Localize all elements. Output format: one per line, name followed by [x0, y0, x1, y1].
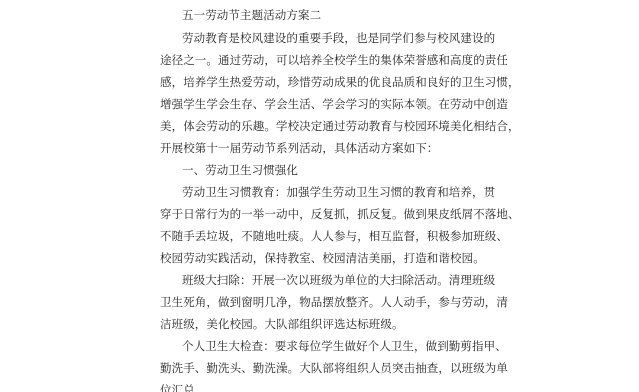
paragraph-line: 卫生死角，做到窗明几净，物品摆放整齐。人人动手，参与劳动，清	[160, 295, 508, 309]
section-heading: 一、劳动卫生习惯强化	[182, 163, 298, 177]
paragraph-line: 劳动卫生习惯教育：加强学生劳动卫生习惯的教育和培养，贯	[182, 185, 495, 199]
paragraph-line: 班级大扫除：开展一次以班级为单位的大扫除活动。清理班级	[182, 273, 495, 287]
paragraph-line: 增强学生学会生存、学会生活、学会学习的实际本领。在劳动中创造	[160, 97, 508, 111]
paragraph-line: 不随手丢垃圾，不随地吐痰。人人参与，相互监督，积极参加班级、	[160, 229, 508, 243]
paragraph-line: 感，培养学生热爱劳动，珍惜劳动成果的优良品质和良好的卫生习惯，	[160, 75, 520, 89]
paragraph-line: 校园劳动实践活动，保持教室、校园清洁美丽，打造和谐校园。	[160, 251, 485, 265]
paragraph-line: 美，体会劳动的乐趣。学校决定通过劳动教育与校园环境美化相结合，	[160, 119, 520, 133]
paragraph-line: 位汇总。	[160, 383, 206, 392]
paragraph-line: 途径之一。通过劳动，可以培养全校学生的集体荣誉感和高度的责任	[160, 53, 508, 67]
paragraph-line: 勤洗手、勤洗头、勤洗澡。大队部将组织人员突击抽查，以班级为单	[160, 361, 508, 375]
paragraph-line: 个人卫生大检查：要求每位学生做好个人卫生，做到勤剪指甲、	[182, 339, 507, 353]
paragraph-line: 穿于日常行为的一举一动中，反复抓，抓反复。做到果皮纸屑不落地、	[160, 207, 520, 221]
paragraph-line: 洁班级，美化校园。大队部组织评选达标班级。	[160, 317, 404, 331]
paragraph-line: 开展校第十一届劳动节系列活动，具体活动方案如下：	[160, 141, 438, 155]
document-title: 五一劳动节主题活动方案二	[182, 8, 321, 22]
paragraph-line: 劳动教育是校风建设的重要手段，也是同学们参与校风建设的	[182, 31, 495, 45]
